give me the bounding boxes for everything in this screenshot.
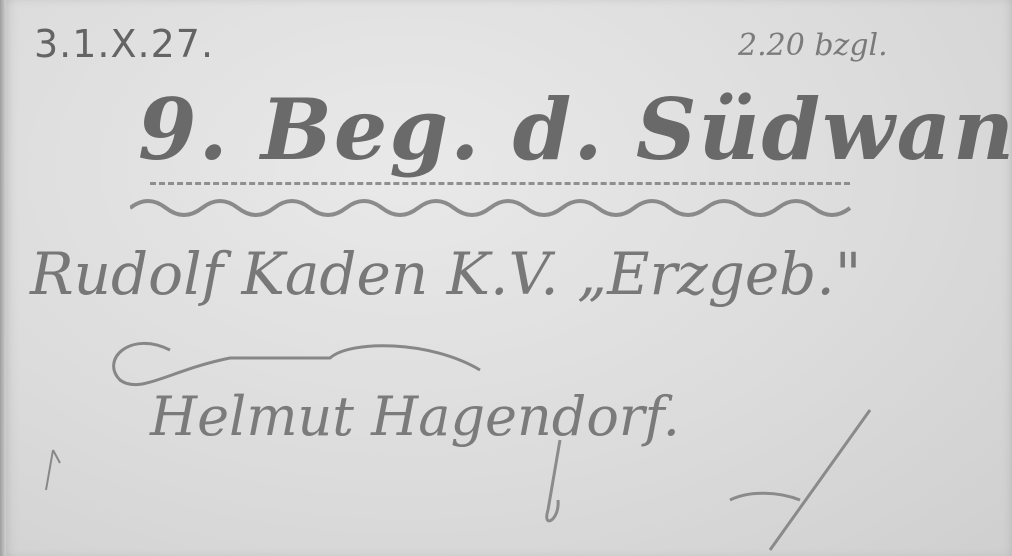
signature-tail [520, 400, 880, 556]
date-text: 3.1.X.27. [34, 22, 214, 66]
margin-mark [38, 445, 68, 505]
paper-edge [0, 0, 6, 556]
climber-name-1: Rudolf Kaden K.V. „Erzgeb." [30, 240, 861, 308]
entry-title: 9. Beg. d. Südwand. [138, 80, 1012, 179]
paper-sheet: 3.1.X.27. 2.20 bzgl. 9. Beg. d. Südwand.… [0, 0, 1012, 556]
top-right-note: 2.20 bzgl. [738, 28, 888, 63]
title-wavy-underline [130, 188, 860, 228]
